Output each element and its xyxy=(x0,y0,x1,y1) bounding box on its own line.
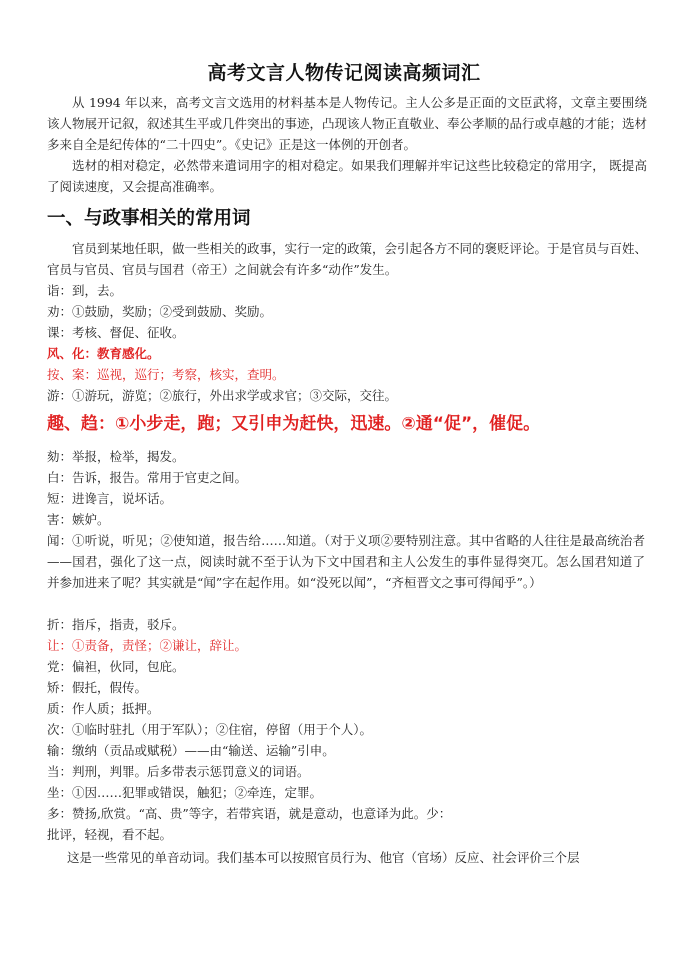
vocab-entry-long: 闻：①听说，听见；②使知道，报告给……知道。（对于义项②要特别注意。其中省略的人… xyxy=(47,530,645,593)
intro-paragraph-2: 选材的相对稳定，必然带来遣词用字的相对稳定。如果我们理解并牢记这些比较稳定的常用… xyxy=(47,155,647,197)
vocab-entry: 短：进谗言，说坏话。 xyxy=(47,488,172,509)
vocab-entry: 输：缴纳（贡品或赋税）——由“输送、运输”引申。 xyxy=(47,740,335,761)
section-heading: 一、与政事相关的常用词 xyxy=(47,204,251,230)
document-page: 高考文言人物传记阅读高频词汇 从 1994 年以来，高考文言文选用的材料基本是人… xyxy=(0,0,688,972)
vocab-entry-highlighted: 风、化：教育感化。 xyxy=(47,343,160,364)
vocab-entry: 害：嫉妒。 xyxy=(47,509,110,530)
document-title: 高考文言人物传记阅读高频词汇 xyxy=(0,58,688,85)
vocab-entry-highlighted: 让：①责备，责怪；②谦让，辞让。 xyxy=(47,635,247,656)
vocab-entry: 折：指斥，指责，驳斥。 xyxy=(47,614,185,635)
vocab-entry: 诣：到，去。 xyxy=(47,280,122,301)
vocab-entry-highlighted: 按、案：巡视，巡行；考察，核实，查明。 xyxy=(47,364,285,385)
vocab-entry-emphasized: 趣、趋：①小步走，跑；又引申为赶快，迅速。②通“促”，催促。 xyxy=(47,414,540,435)
vocab-entry: 质：作人质；抵押。 xyxy=(47,698,160,719)
vocab-entry: 当：判刑，判罪。后多带表示惩罚意义的词语。 xyxy=(47,761,310,782)
vocab-entry: 劾：举报，检举，揭发。 xyxy=(47,446,185,467)
vocab-entry: 游：①游玩，游览；②旅行，外出求学或求官；③交际，交往。 xyxy=(47,385,397,406)
vocab-entry: 次：①临时驻扎（用于军队）；②住宿，停留（用于个人）。 xyxy=(47,719,372,740)
vocab-entry: 课：考核、督促、征收。 xyxy=(47,322,185,343)
vocab-entry: 矫：假托，假传。 xyxy=(47,677,147,698)
vocab-entry: 批评，轻视，看不起。 xyxy=(47,824,172,845)
vocab-entry: 白：告诉，报告。常用于官吏之间。 xyxy=(47,467,247,488)
vocab-entry: 多：赞扬,欣赏。“高、贵”等字，若带宾语，就是意动，也意译为此。少： xyxy=(47,803,451,824)
intro-paragraph-1: 从 1994 年以来，高考文言文选用的材料基本是人物传记。主人公多是正面的文臣武… xyxy=(47,92,647,155)
vocab-entry: 党：偏袒，伙同，包庇。 xyxy=(47,656,185,677)
vocab-entry: 坐：①因……犯罪或错误，触犯；②牵连，定罪。 xyxy=(47,782,322,803)
closing-paragraph: 这是一些常见的单音动词。我们基本可以按照官员行为、他官（官场）反应、社会评价三个… xyxy=(67,847,580,868)
section-intro-paragraph: 官员到某地任职，做一些相关的政事，实行一定的政策，会引起各方不同的褒贬评论。于是… xyxy=(47,238,647,280)
vocab-entry: 劝：①鼓励，奖励；②受到鼓励、奖励。 xyxy=(47,301,272,322)
